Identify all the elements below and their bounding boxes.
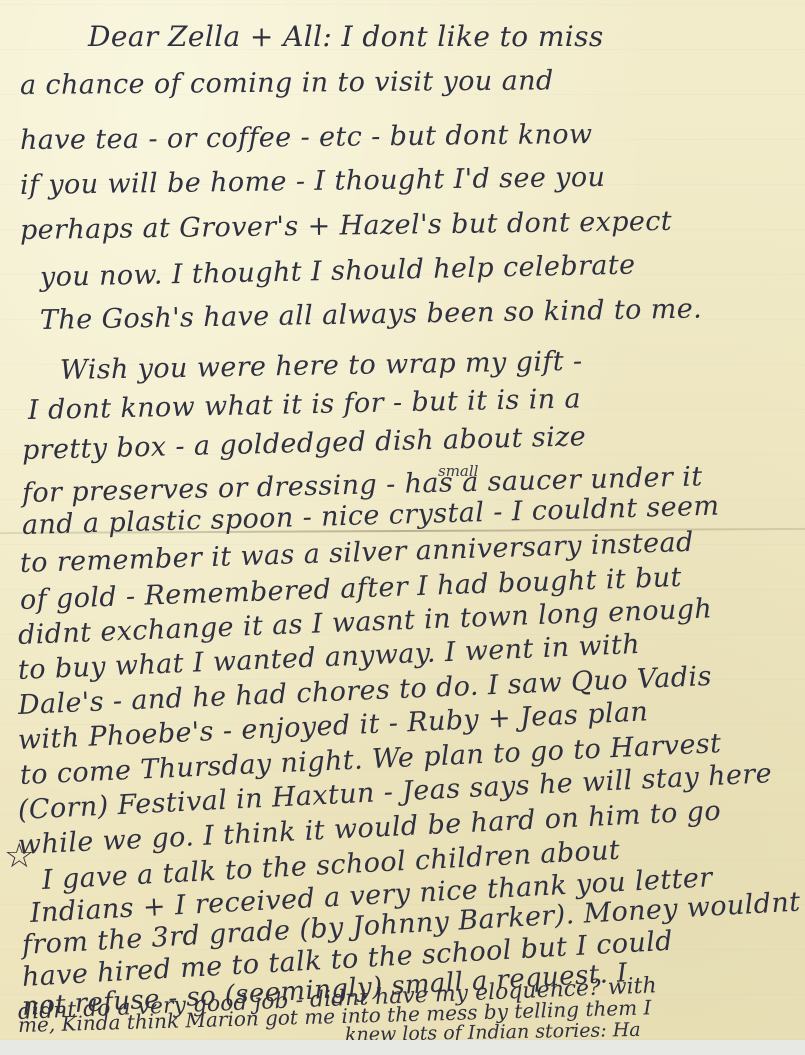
letter-line-8: Wish you were here to wrap my gift - [60,346,583,386]
letter-line-6: you now. I thought I should help celebra… [40,250,636,293]
star-mark-icon: ☆ [4,836,34,876]
letter-line-9: I dont know what it is for - but it is i… [28,383,582,426]
letter-line-1: Dear Zella + All: I dont like to miss [88,20,604,53]
letter-page: Dear Zella + All: I dont like to miss a … [0,0,805,1040]
letter-line-7: The Gosh's have all always been so kind … [40,293,703,336]
letter-line-10: pretty box - a goldedged dish about size [22,421,587,466]
letter-line-3-text: have tea - or coffee - etc - but dont kn… [20,119,593,156]
letter-line-5: perhaps at Grover's + Hazel's but dont e… [20,206,672,246]
letter-line-4: if you will be home - I thought I'd see … [20,162,606,201]
letter-line-3: have tea - or coffee - etc - but dont kn… [20,119,593,156]
letter-line-2: a chance of coming in to visit you and [20,65,554,101]
scan-background-strip [0,1040,805,1055]
